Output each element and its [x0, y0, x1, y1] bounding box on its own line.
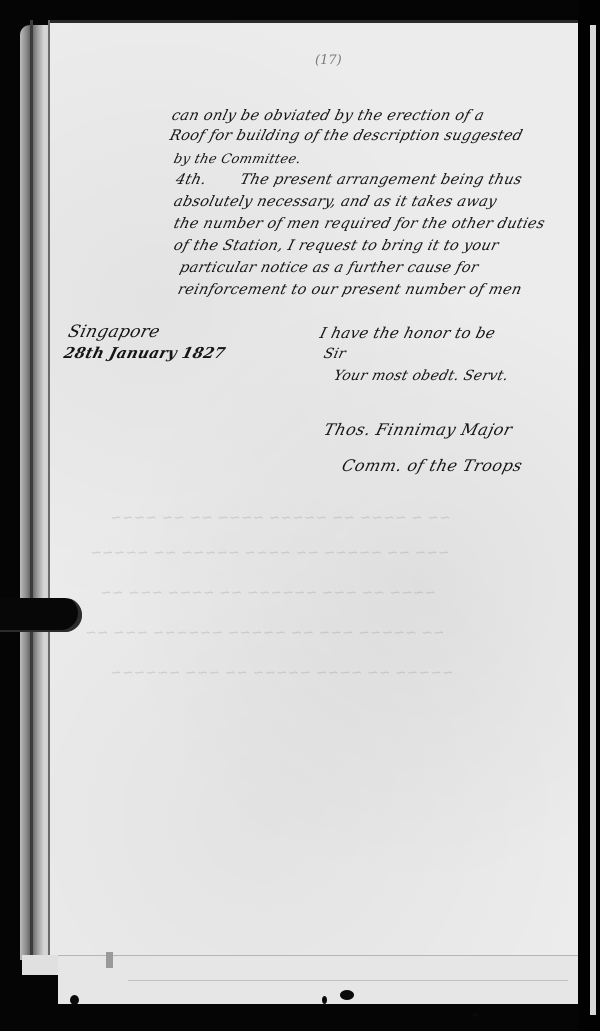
- page-number-mark: (17): [315, 53, 342, 68]
- body-line: by the Committee.: [172, 152, 303, 167]
- ink-blot: [472, 1013, 479, 1017]
- ink-blot: [70, 995, 79, 1005]
- date-text: 28th January 1827: [62, 344, 227, 362]
- body-line: reinforcement to our present number of m…: [176, 282, 523, 298]
- bleed-through-text: ~~~~~ ~~ ~~~~ ~~~~~ ~~ ~~~ ~~~~~~: [108, 665, 455, 681]
- body-line: 4th. The present arrangement being thus: [174, 172, 524, 188]
- bleed-through-text: ~~~ ~~ ~~~~~ ~~ ~~~~ ~~~~~ ~~ ~~~~~: [88, 545, 452, 561]
- closing-salutation: Sir: [322, 346, 348, 362]
- body-line: absolutely necessary, and as it takes aw…: [172, 194, 499, 210]
- closing-line: I have the honor to be: [318, 324, 497, 342]
- signature-title: Comm. of the Troops: [340, 456, 525, 475]
- tab-mark: [106, 952, 113, 968]
- body-line: particular notice as a further cause for: [178, 260, 480, 276]
- gutter-line: [30, 20, 33, 960]
- right-sheet-edge: [590, 25, 596, 1015]
- bleed-through-text: ~~ ~~~~~ ~~~ ~~ ~~~~~ ~~~~~~ ~~~ ~~: [83, 625, 447, 641]
- bleed-through-text: ~~ ~ ~~~~ ~~ ~~~~~ ~~~~ ~~ ~~ ~~~~: [108, 510, 453, 526]
- ink-blot: [340, 990, 354, 1000]
- right-border: [578, 0, 600, 1031]
- body-line: of the Station, I request to bring it to…: [172, 238, 500, 254]
- scanned-document: (17) ~~ ~ ~~~~ ~~ ~~~~~ ~~~~ ~~ ~~ ~~~~ …: [0, 0, 600, 1031]
- lower-sheet-corner: [22, 955, 62, 975]
- bleed-through-text: ~~~~ ~~ ~~~ ~~~~~~ ~~ ~~~~ ~~~ ~~: [98, 585, 438, 601]
- signature-name: Thos. Finnimay Major: [322, 420, 515, 439]
- place-text: Singapore: [66, 322, 162, 342]
- fold-line: [128, 980, 568, 981]
- body-line: the number of men required for the other…: [172, 216, 547, 232]
- body-line: can only be obviated by the erection of …: [170, 108, 486, 124]
- body-line: Roof for building of the description sug…: [168, 128, 524, 144]
- lower-sheet-edge: [58, 955, 578, 1004]
- closing-line: Your most obedt. Servt.: [332, 368, 510, 384]
- page-edge-line: [48, 20, 50, 960]
- clip-holder: [0, 598, 82, 632]
- ink-blot: [322, 996, 327, 1004]
- paper-page: (17): [50, 20, 578, 958]
